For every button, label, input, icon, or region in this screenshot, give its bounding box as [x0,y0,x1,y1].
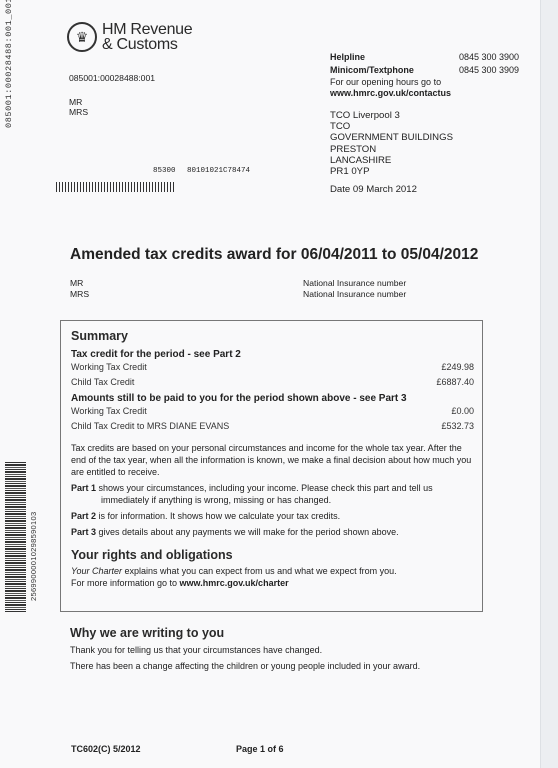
minicom-number: 0845 300 3909 [459,65,519,76]
helpline-label: Helpline [330,52,365,63]
paid-row: Working Tax Credit£0.00 [71,404,474,419]
form-code: TC602(C) 5/2012 [71,744,141,754]
ni-label-2: National Insurance number [303,289,406,300]
postal-code-1: 85300 [153,167,176,175]
summary-intro: Tax credits are based on your personal c… [71,442,474,478]
contact-url[interactable]: www.hmrc.gov.uk/contactus [330,88,451,99]
paid-row: Child Tax Credit to MRS DIANE EVANS£532.… [71,419,474,434]
paid-heading: Amounts still to be paid to you for the … [71,393,474,404]
opening-hours-text: For our opening hours go to [330,77,441,88]
barcode-number: 25699000010298590103 [29,512,38,601]
period-heading: Tax credit for the period - see Part 2 [71,349,474,360]
addressee-2: MRS [69,107,88,118]
reference-number: 085001:00028488:001 [69,73,155,84]
page-number: Page 1 of 6 [236,744,284,754]
letter-date: Date 09 March 2012 [330,184,417,195]
helpline-number: 0845 300 3900 [459,52,519,63]
page-title: Amended tax credits award for 06/04/2011… [70,246,478,264]
period-row: Child Tax Credit£6887.40 [71,375,474,390]
part-3-note: Part 3 gives details about any payments … [71,526,474,538]
charter-url[interactable]: www.hmrc.gov.uk/charter [180,578,289,588]
side-barcode [5,462,26,612]
rights-heading: Your rights and obligations [71,548,474,562]
part-1-note: Part 1 shows your circumstances, includi… [71,482,474,506]
postal-barcode [56,182,174,192]
crown-icon: ♛ [67,22,97,52]
charter-more-info: For more information go to www.hmrc.gov.… [71,577,474,589]
charter-text: Your Charter explains what you can expec… [71,565,474,577]
postal-code-2: 80101021C78474 [187,167,250,175]
why-heading: Why we are writing to you [70,626,224,640]
why-line-1: Thank you for telling us that your circu… [70,644,322,656]
minicom-label: Minicom/Textphone [330,65,414,76]
office-address: TCO Liverpool 3 TCO GOVERNMENT BUILDINGS… [330,110,453,177]
summary-box: Summary Tax credit for the period - see … [60,320,483,612]
claimant-1: MR [70,278,83,289]
page-edge [540,0,558,768]
ni-label-1: National Insurance number [303,278,406,289]
why-line-2: There has been a change affecting the ch… [70,660,420,672]
summary-heading: Summary [71,329,474,343]
claimant-2: MRS [70,289,89,300]
margin-reference: 085001:00028488:001_001 [4,0,14,128]
part-2-note: Part 2 is for information. It shows how … [71,510,474,522]
logo-line-1: HM Revenue [102,22,192,37]
hmrc-logo: ♛ HM Revenue & Customs [67,22,192,52]
logo-line-2: & Customs [102,37,192,52]
period-row: Working Tax Credit£249.98 [71,360,474,375]
